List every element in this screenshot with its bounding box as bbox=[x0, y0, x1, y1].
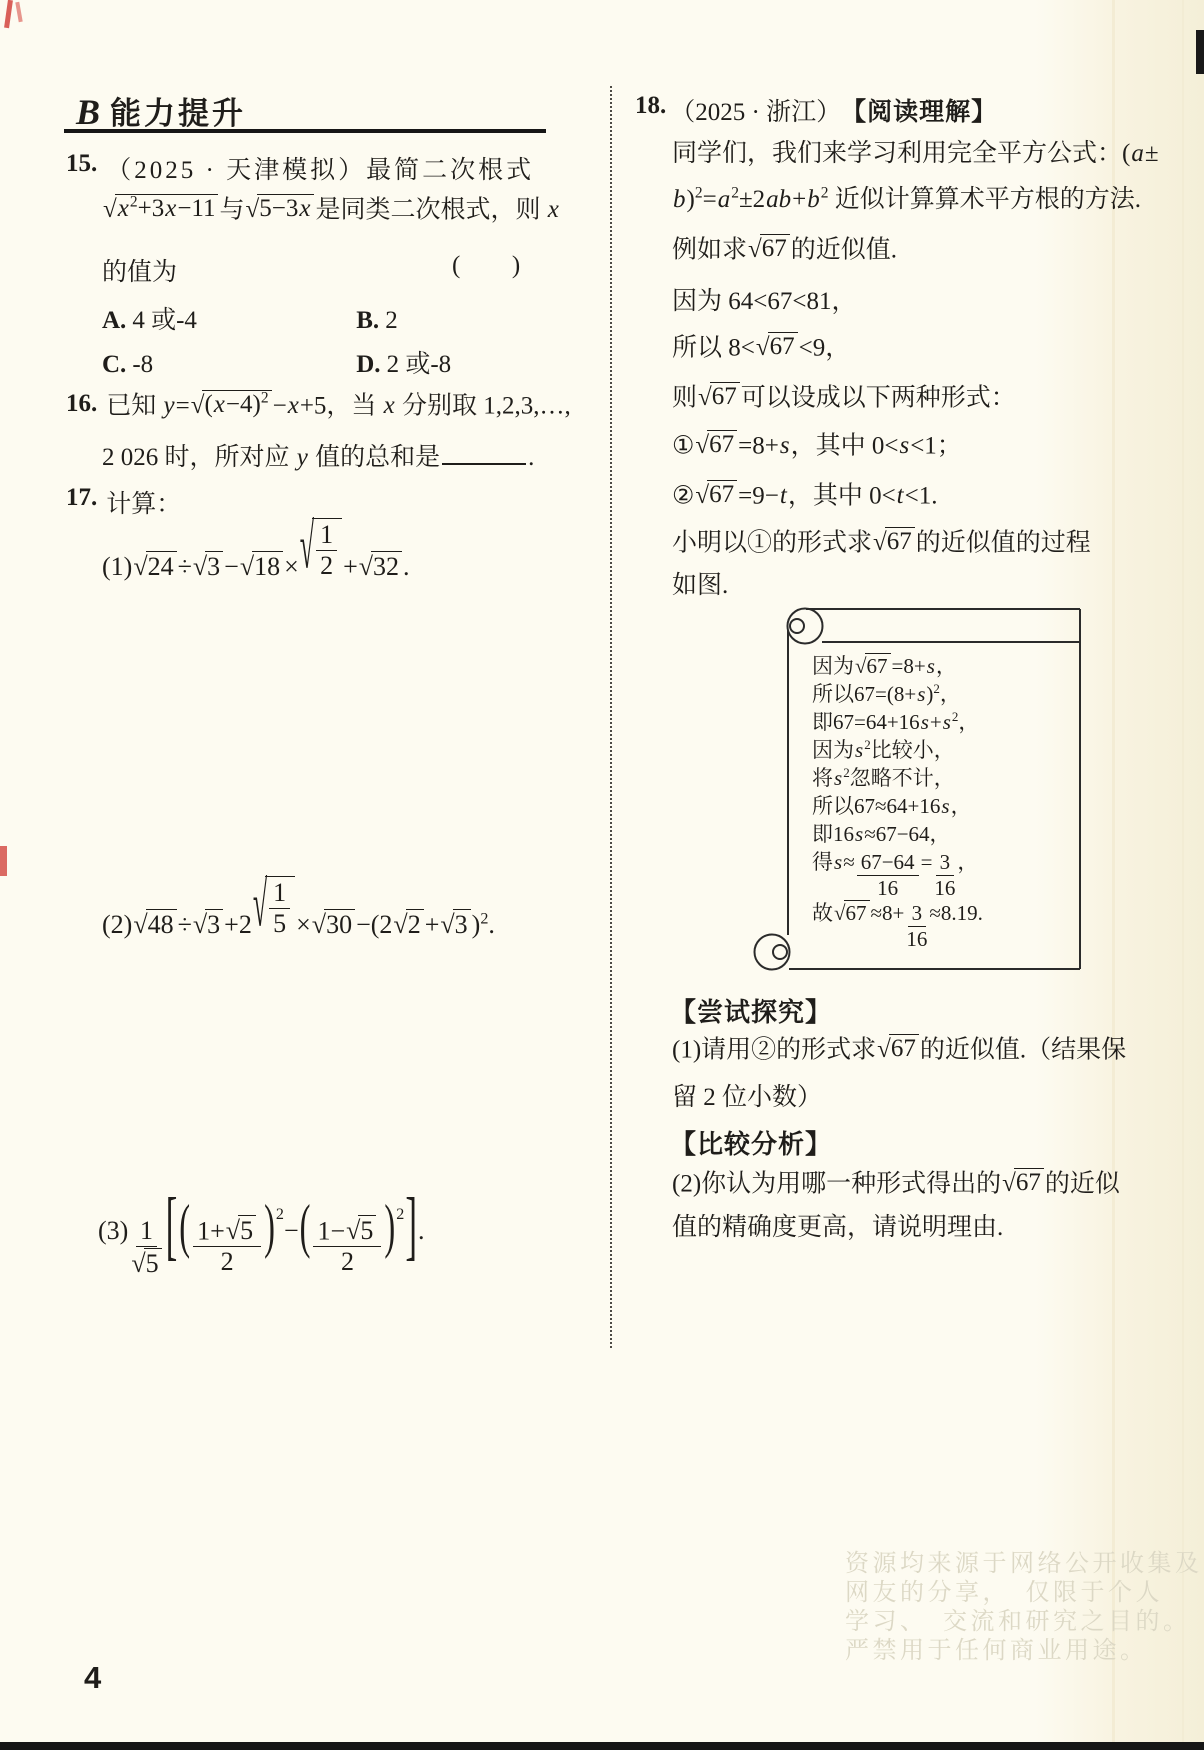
problem-18-line-6: 则√67可以设成以下两种形式： bbox=[672, 382, 1016, 414]
problem-15-number: 15. bbox=[66, 150, 97, 178]
option-c: C.-8 bbox=[102, 351, 350, 379]
explore-section-tag: 【尝试探究】 bbox=[670, 992, 832, 1029]
problem-16-head: 16. 已知 y=√(x−4)2−x+5，当 x 分别取 1,2,3,…, bbox=[66, 390, 571, 422]
section-letter: B bbox=[76, 92, 100, 132]
problem-18-head: 18. （2025 · 浙江） 【阅读理解】 bbox=[635, 92, 997, 128]
problem-18-line-10: 如图. bbox=[672, 570, 728, 601]
scroll-line-4: 因为s2比较小， bbox=[812, 736, 983, 764]
section-title: 能力提升 bbox=[110, 96, 246, 131]
question-1-line-2: 留 2 位小数） bbox=[672, 1082, 822, 1113]
problem-16-line2: 2 026 时，所对应 y 值的总和是. bbox=[102, 438, 534, 473]
problem-18-line-5: 所以 8<√67<9， bbox=[672, 332, 850, 364]
question-2-line-1: (2)你认为用哪一种形式得出的√67的近似 bbox=[672, 1168, 1120, 1200]
red-ink-mark bbox=[4, 0, 13, 28]
question-2-line-2: 值的精确度更高，请说明理由. bbox=[672, 1212, 1003, 1243]
red-ink-mark bbox=[0, 846, 7, 876]
watermark-line: 学习、 交流和研究之目的。 bbox=[845, 1608, 1203, 1637]
problem-15-options-row-2: C.-8 D.2 或-8 bbox=[102, 344, 451, 380]
problem-18-line-1: 同学们，我们来学习利用完全平方公式：(a± bbox=[672, 138, 1159, 169]
scroll-line-8: 得s≈67−6416=316， bbox=[812, 848, 983, 899]
scroll-bottom-curl-inner bbox=[773, 945, 787, 959]
watermark-line: 严禁用于任何商业用途。 bbox=[845, 1637, 1203, 1666]
red-ink-mark bbox=[15, 2, 22, 22]
question-1-line-1: (1)请用②的形式求√67的近似值.（结果保 bbox=[672, 1034, 1126, 1066]
problem-18-tag: 【阅读理解】 bbox=[841, 92, 997, 128]
watermark-line: 网友的分享， 仅限于个人 bbox=[845, 1579, 1203, 1608]
problem-18-line-2: b)2=a2±2ab+b2 近似计算算术平方根的方法. bbox=[672, 184, 1141, 215]
scroll-line-7: 即16s≈67−64， bbox=[812, 820, 983, 848]
watermark: 资源均来源于网络公开收集及 网友的分享， 仅限于个人 学习、 交流和研究之目的。… bbox=[845, 1550, 1203, 1666]
problem-18-number: 18. bbox=[635, 92, 666, 120]
problem-15-line3: 的值为 bbox=[102, 252, 177, 288]
problem-17-label: 计算： bbox=[106, 484, 181, 520]
option-a: A.4 或-4 bbox=[102, 300, 350, 336]
column-divider bbox=[610, 86, 612, 1348]
option-d: D.2 或-8 bbox=[356, 351, 451, 378]
watermark-line: 资源均来源于网络公开收集及 bbox=[845, 1550, 1203, 1579]
compare-section-tag: 【比较分析】 bbox=[670, 1124, 832, 1161]
option-d-label: D. bbox=[356, 351, 380, 378]
page-number: 4 bbox=[84, 1660, 101, 1696]
problem-15-answer-paren: ( ) bbox=[452, 252, 522, 280]
option-a-text: 4 或-4 bbox=[132, 307, 197, 334]
problem-16-line1: 已知 y=√(x−4)2−x+5，当 x 分别取 1,2,3,…, bbox=[106, 390, 571, 422]
problem-17-number: 17. bbox=[66, 484, 97, 512]
problem-15-head: 15. （2025 · 天津模拟）最简二次根式 bbox=[66, 150, 534, 186]
problem-17-formula-3: (3)1√5[(1+√52)2−(1−√52)2]. bbox=[98, 1210, 425, 1278]
problem-17-head: 17. 计算： bbox=[66, 484, 181, 520]
problem-15-options-row-1: A.4 或-4 B.2 bbox=[102, 300, 398, 336]
problem-18-line-4: 因为 64<67<81， bbox=[672, 286, 856, 317]
problem-18-line-3: 例如求√67的近似值. bbox=[672, 234, 897, 266]
scroll-line-3: 即67=64+16s+s2， bbox=[812, 708, 983, 736]
paper-crease-line bbox=[1182, 0, 1184, 1750]
option-b-text: 2 bbox=[385, 307, 398, 334]
problem-17-formula-2: (2)√48÷√3+2√15×√30−(2√2+√3)2. bbox=[102, 876, 495, 942]
problem-15-line2: √x2+3x−11与√5−3x是同类二次根式，则 x bbox=[102, 194, 560, 226]
scroll-line-9: 故√67≈8+316≈8.19. bbox=[812, 899, 983, 950]
scroll-line-5: 将s2忽略不计， bbox=[812, 764, 983, 792]
option-a-label: A. bbox=[102, 307, 126, 334]
problem-18-line-9: 小明以①的形式求√67的近似值的过程 bbox=[672, 527, 1091, 559]
problem-17-formula-1: (1)√24÷√3−√18×√12+√32. bbox=[102, 518, 410, 584]
option-d-text: 2 或-8 bbox=[387, 351, 452, 378]
scroll-line-6: 所以67≈64+16s， bbox=[812, 792, 983, 820]
section-header-rule bbox=[64, 129, 546, 133]
workbook-page: B能力提升 15. （2025 · 天津模拟）最简二次根式 √x2+3x−11与… bbox=[0, 0, 1204, 1750]
scan-bottom-bar bbox=[0, 1742, 1204, 1750]
scroll-line-2: 所以67=(8+s)2， bbox=[812, 680, 983, 708]
option-c-label: C. bbox=[102, 351, 126, 378]
scroll-line-1: 因为√67=8+s， bbox=[812, 652, 983, 680]
option-b-label: B. bbox=[356, 307, 379, 334]
scroll-derivation: 因为√67=8+s， 所以67=(8+s)2， 即67=64+16s+s2， 因… bbox=[812, 652, 983, 951]
problem-18-line-8: ②√67=9−t，其中 0<t<1. bbox=[672, 480, 937, 512]
problem-15-line1: （2025 · 天津模拟）最简二次根式 bbox=[106, 150, 534, 186]
scan-edge-mark bbox=[1196, 30, 1204, 74]
option-c-text: -8 bbox=[132, 351, 153, 378]
problem-16-number: 16. bbox=[66, 390, 97, 418]
paper-crease-line bbox=[1112, 0, 1115, 1750]
problem-18-line-7: ①√67=8+s，其中 0<s<1； bbox=[672, 430, 962, 462]
problem-18-source: （2025 · 浙江） bbox=[670, 92, 841, 128]
option-b: B.2 bbox=[356, 307, 397, 334]
scroll-top-curl-inner bbox=[790, 619, 804, 633]
section-header: B能力提升 bbox=[76, 88, 246, 133]
